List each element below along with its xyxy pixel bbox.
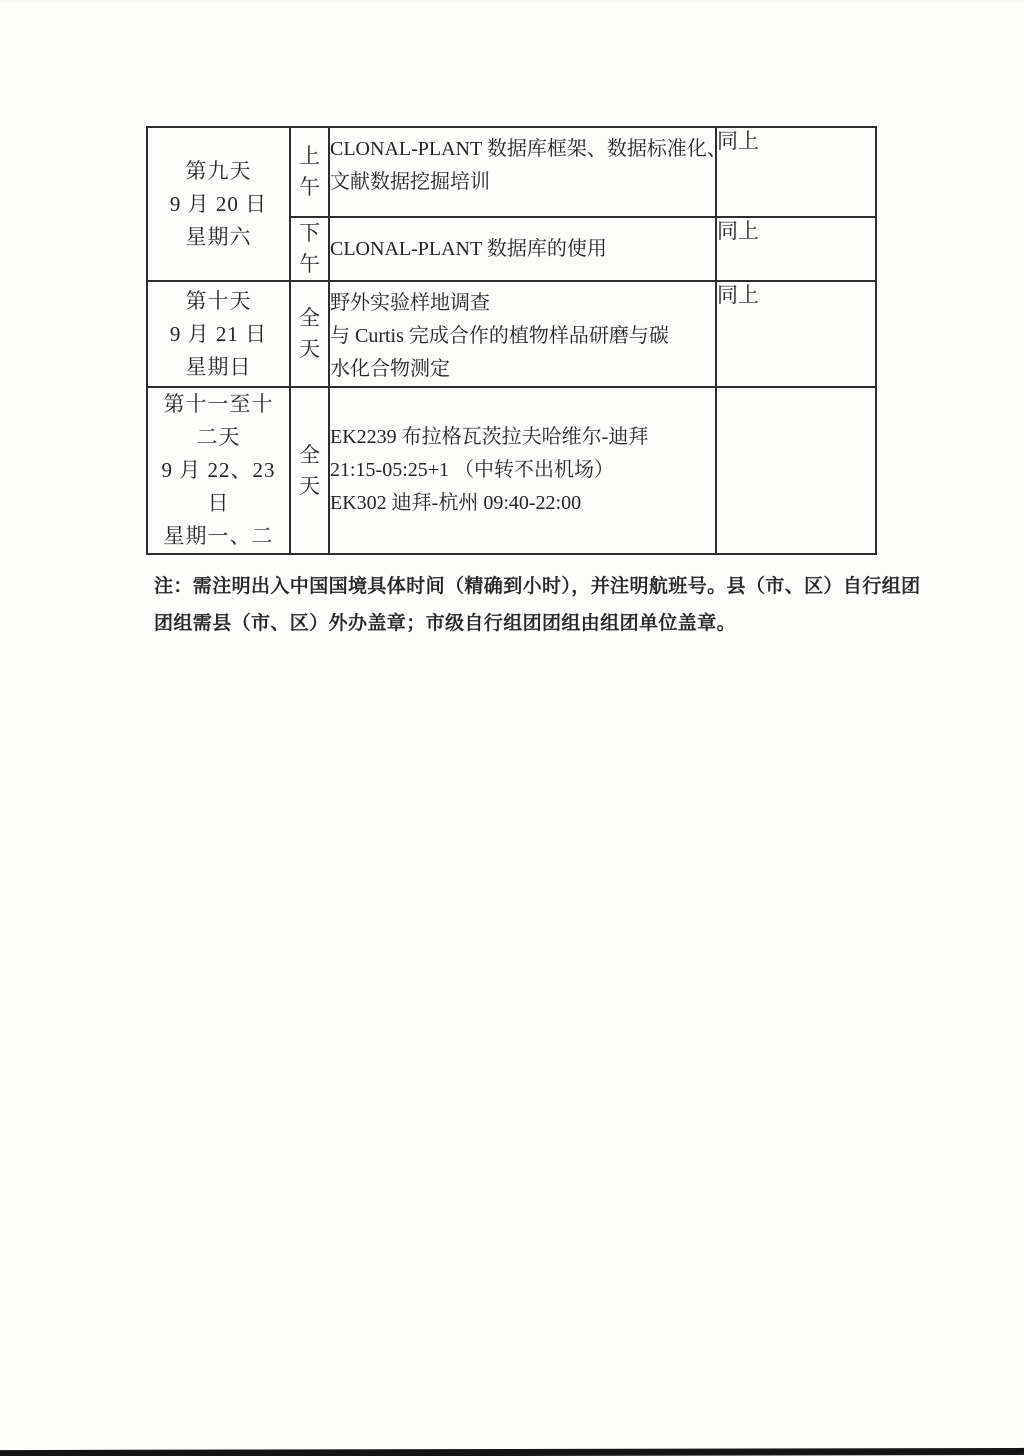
- note-cell-empty: [716, 387, 876, 554]
- day-cell-day11-12: 第十一至十 二天 9 月 22、23 日 星期一、二: [147, 387, 290, 554]
- note-cell: 同上: [716, 281, 876, 387]
- activity-cell: 野外实验样地调查 与 Curtis 完成合作的植物样品研磨与碳 水化合物测定: [329, 281, 716, 387]
- activity-line: CLONAL-PLANT 数据库框架、数据标准化、: [330, 133, 715, 166]
- time-cell-morning: 上午: [290, 127, 329, 217]
- day-weekday: 星期日: [148, 351, 289, 384]
- activity-line: 文献数据挖掘培训: [330, 166, 715, 199]
- scan-edge-bar: [0, 1448, 1024, 1456]
- footnote-line: 团组需县（市、区）外办盖章；市级自行组团团组由组团单位盖章。: [154, 605, 894, 642]
- activity-line: EK302 迪拜-杭州 09:40-22:00: [330, 487, 715, 520]
- activity-cell: CLONAL-PLANT 数据库框架、数据标准化、 文献数据挖掘培训: [329, 127, 716, 217]
- note-cell: 同上: [716, 127, 876, 217]
- day-date: 9 月 22、23 日: [148, 454, 289, 520]
- document-page: 第九天 9 月 20 日 星期六 上午 CLONAL-PLANT 数据库框架、数…: [0, 0, 1024, 1456]
- day-weekday: 星期六: [148, 221, 289, 254]
- footnote-line: 注：需注明出入中国国境具体时间（精确到小时），并注明航班号。县（市、区）自行组团: [154, 568, 894, 605]
- day-cell-day10: 第十天 9 月 21 日 星期日: [147, 281, 290, 387]
- day-weekday: 星期一、二: [148, 520, 289, 553]
- itinerary-table: 第九天 9 月 20 日 星期六 上午 CLONAL-PLANT 数据库框架、数…: [146, 126, 877, 555]
- day-label: 第九天: [148, 155, 289, 188]
- activity-line: CLONAL-PLANT 数据库的使用: [330, 233, 715, 266]
- time-cell-afternoon: 下午: [290, 217, 329, 281]
- table-row: 第十天 9 月 21 日 星期日 全天 野外实验样地调查 与 Curtis 完成…: [147, 281, 876, 387]
- note-cell: 同上: [716, 217, 876, 281]
- table-row: 第十一至十 二天 9 月 22、23 日 星期一、二 全天 EK2239 布拉格…: [147, 387, 876, 554]
- table-row: 第九天 9 月 20 日 星期六 上午 CLONAL-PLANT 数据库框架、数…: [147, 127, 876, 217]
- day-label: 二天: [148, 421, 289, 454]
- day-date: 9 月 21 日: [148, 318, 289, 351]
- footnote: 注：需注明出入中国国境具体时间（精确到小时），并注明航班号。县（市、区）自行组团…: [154, 568, 894, 642]
- activity-line: 与 Curtis 完成合作的植物样品研磨与碳: [330, 320, 715, 353]
- time-cell-fullday: 全天: [290, 387, 329, 554]
- day-date: 9 月 20 日: [148, 188, 289, 221]
- activity-cell: CLONAL-PLANT 数据库的使用: [329, 217, 716, 281]
- activity-line: 野外实验样地调查: [330, 287, 715, 320]
- activity-line: 水化合物测定: [330, 353, 715, 386]
- activity-line: EK2239 布拉格瓦茨拉夫哈维尔-迪拜: [330, 421, 715, 454]
- time-cell-fullday: 全天: [290, 281, 329, 387]
- day-label: 第十天: [148, 285, 289, 318]
- day-cell-day9: 第九天 9 月 20 日 星期六: [147, 127, 290, 281]
- activity-line: 21:15-05:25+1 （中转不出机场）: [330, 454, 715, 487]
- day-label: 第十一至十: [148, 388, 289, 421]
- activity-cell: EK2239 布拉格瓦茨拉夫哈维尔-迪拜 21:15-05:25+1 （中转不出…: [329, 387, 716, 554]
